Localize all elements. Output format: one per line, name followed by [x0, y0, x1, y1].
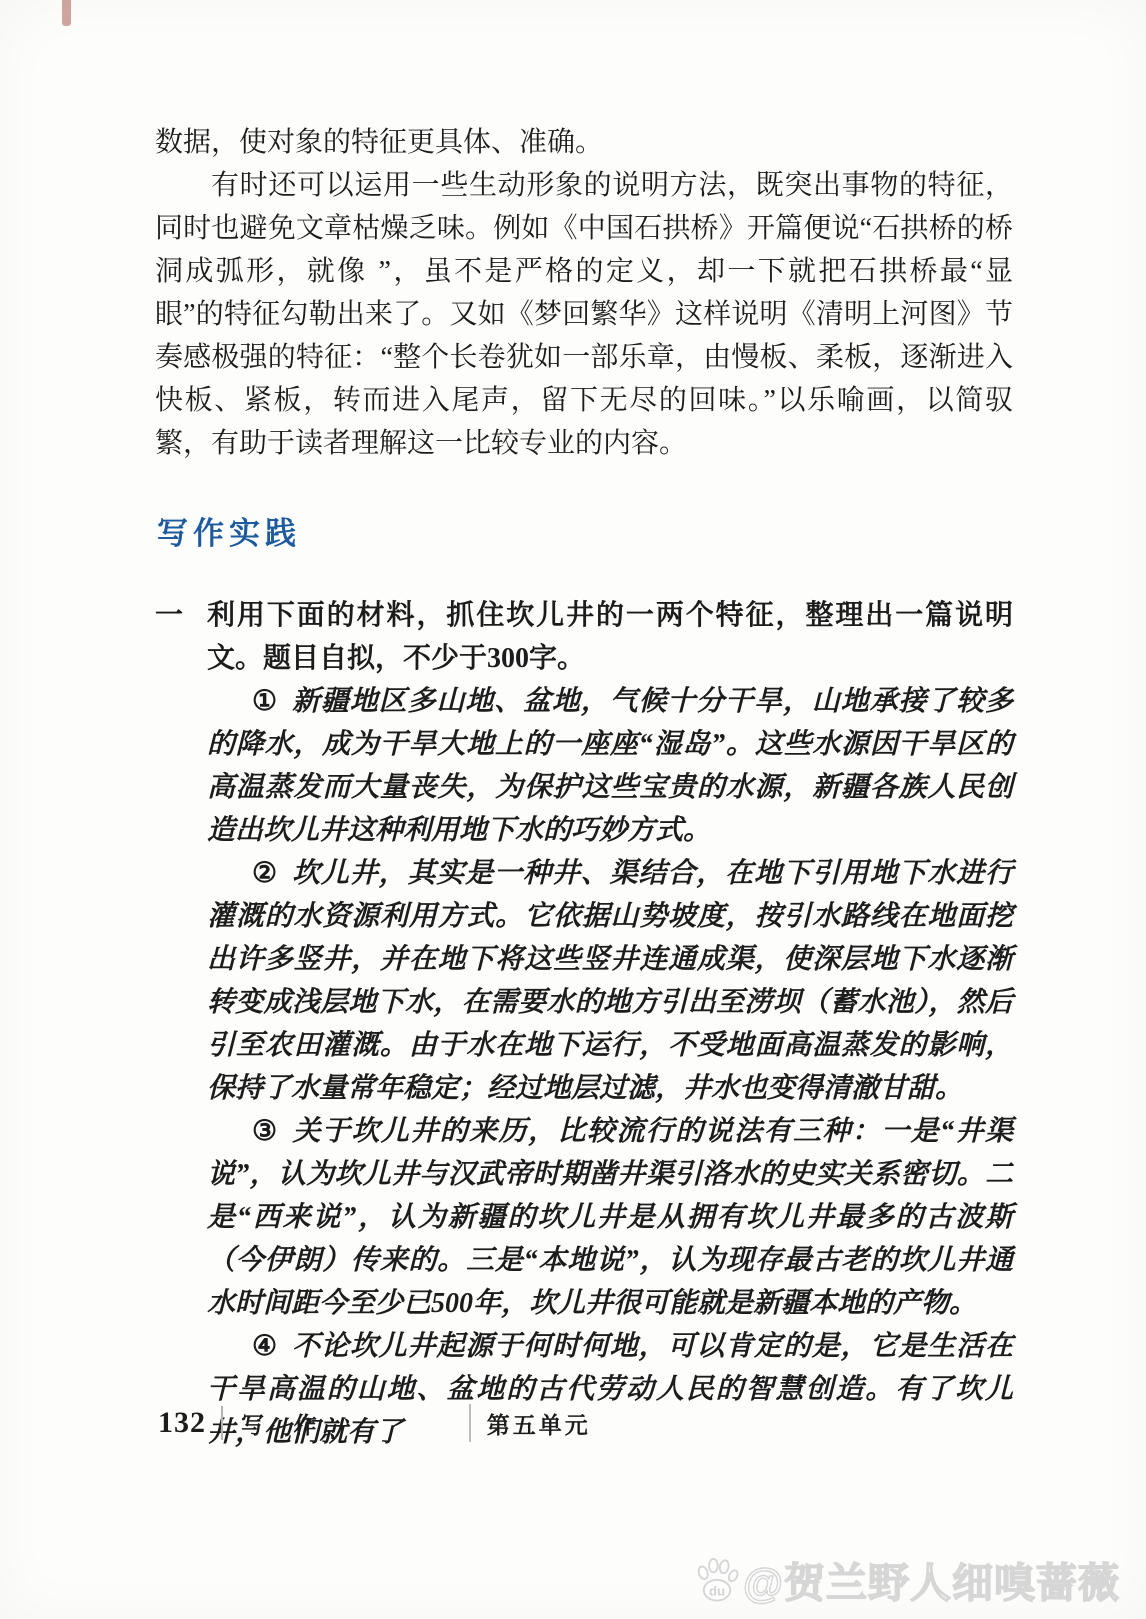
paw-icon-du-text: du — [709, 1583, 725, 1598]
material-text: 新疆地区多山地、盆地，气候十分干旱，山地承接了较多的降水，成为干旱大地上的一座座… — [207, 686, 1013, 846]
material-text: 关于坎儿井的来历，比较流行的说法有三种：一是“井渠说”，认为坎儿井与汉武帝时期凿… — [207, 1116, 1013, 1319]
material-item-1: ①新疆地区多山地、盆地，气候十分干旱，山地承接了较多的降水，成为干旱大地上的一座… — [207, 680, 1013, 852]
material-item-3: ③关于坎儿井的来历，比较流行的说法有三种：一是“井渠说”，认为坎儿井与汉武帝时期… — [207, 1110, 1013, 1325]
page-number: 132 — [158, 1406, 206, 1440]
circled-number-1: ① — [252, 686, 278, 717]
intro-paragraph-2: 有时还可以运用一些生动形象的说明方法，既突出事物的特征，同时也避免文章枯燥乏味。… — [155, 164, 1013, 465]
exercise-body: 利用下面的材料，抓住坎儿井的一两个特征，整理出一篇说明文。题目自拟，不少于300… — [207, 594, 1013, 1454]
baidu-paw-icon: du — [693, 1556, 741, 1604]
footer-section-label: 写 作 — [241, 1407, 329, 1440]
scan-artifact-mark — [62, 0, 71, 26]
textbook-page: 数据，使对象的特征更具体、准确。 有时还可以运用一些生动形象的说明方法，既突出事… — [0, 0, 1146, 1619]
watermark: du @贺兰野人细嗅蔷薇 — [693, 1550, 1120, 1609]
material-item-2: ②坎儿井，其实是一种井、渠结合，在地下引用地下水进行灌溉的水资源利用方式。它依据… — [207, 852, 1013, 1110]
intro-paragraph-1: 数据，使对象的特征更具体、准确。 — [155, 121, 1013, 164]
section-heading-writing-practice: 写作实践 — [157, 511, 1013, 557]
material-text: 坎儿井，其实是一种井、渠结合，在地下引用地下水进行灌溉的水资源利用方式。它依据山… — [207, 858, 1013, 1104]
circled-number-4: ④ — [252, 1331, 278, 1362]
footer-divider — [221, 1406, 223, 1440]
exercise-number-marker: 一 — [155, 594, 185, 1454]
cut-off-character: 虹 — [368, 250, 379, 293]
exercise-one: 一 利用下面的材料，抓住坎儿井的一两个特征，整理出一篇说明文。题目自拟，不少于3… — [155, 594, 1013, 1454]
circled-number-2: ② — [252, 858, 278, 889]
exercise-instruction: 利用下面的材料，抓住坎儿井的一两个特征，整理出一篇说明文。题目自拟，不少于300… — [207, 594, 1013, 680]
page-footer: 132 写 作 第五单元 — [158, 1404, 1018, 1442]
footer-unit-label: 第五单元 — [487, 1407, 591, 1440]
page-content: 数据，使对象的特征更具体、准确。 有时还可以运用一些生动形象的说明方法，既突出事… — [155, 121, 1013, 1454]
circled-number-3: ③ — [252, 1116, 279, 1147]
footer-divider — [469, 1404, 471, 1442]
watermark-text: @贺兰野人细嗅蔷薇 — [743, 1550, 1120, 1609]
